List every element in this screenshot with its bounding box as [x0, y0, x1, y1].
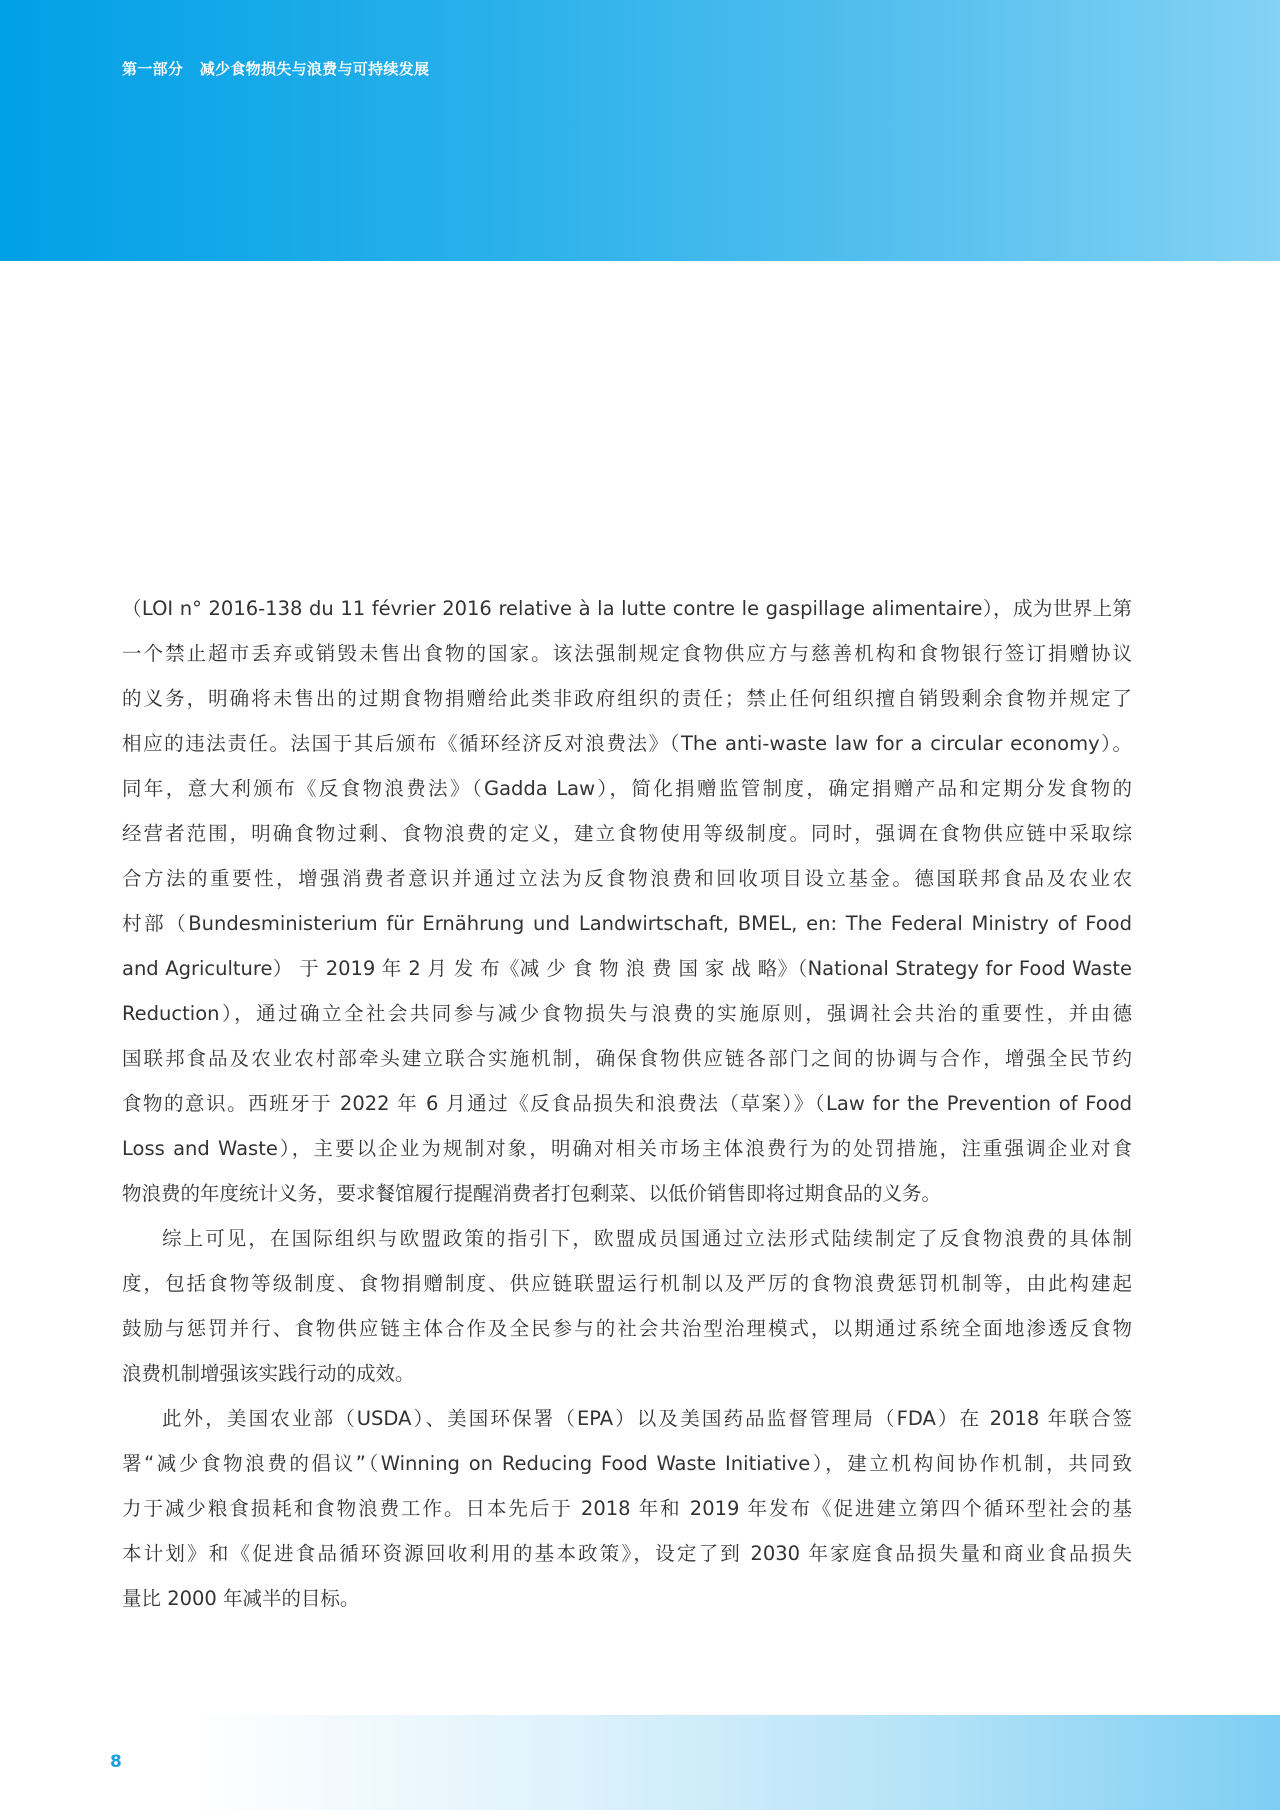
text-line: 浪费机制增强该实践行动的成效。	[122, 1351, 1132, 1396]
body-text: （LOI n° 2016-138 du 11 février 2016 rela…	[122, 586, 1132, 1621]
text-line: and Agriculture） 于 2019 年 2 月 发 布《减 少 食 …	[122, 946, 1132, 991]
paragraph-3: 此外，美国农业部（USDA）、美国环保署（EPA）以及美国药品监督管理局（FDA…	[122, 1396, 1132, 1621]
text-line: 国联邦食品及农业农村部牵头建立联合实施机制，确保食物供应链各部门之间的协调与合作…	[122, 1036, 1132, 1081]
section-title: 第一部分 减少食物损失与浪费与可持续发展	[122, 58, 429, 79]
text-line: 物浪费的年度统计义务，要求餐馆履行提醒消费者打包剩菜、以低价销售即将过期食品的义…	[122, 1171, 1132, 1216]
text-line: 综上可见，在国际组织与欧盟政策的指引下，欧盟成员国通过立法形式陆续制定了反食物浪…	[122, 1216, 1132, 1261]
text-line: 本计划》和《促进食品循环资源回收利用的基本政策》，设定了到 2030 年家庭食品…	[122, 1531, 1132, 1576]
text-line: 食物的意识。西班牙于 2022 年 6 月通过《反食品损失和浪费法（草案）》（L…	[122, 1081, 1132, 1126]
text-line: 相应的违法责任。法国于其后颁布《循环经济反对浪费法》（The anti-wast…	[122, 721, 1132, 766]
text-line: 合方法的重要性，增强消费者意识并通过立法为反食物浪费和回收项目设立基金。德国联邦…	[122, 856, 1132, 901]
text-line: Reduction），通过确立全社会共同参与减少食物损失与浪费的实施原则，强调社…	[122, 991, 1132, 1036]
text-line: 度，包括食物等级制度、食物捐赠制度、供应链联盟运行机制以及严厉的食物浪费惩罚机制…	[122, 1261, 1132, 1306]
text-line: 村部（Bundesministerium für Ernährung und L…	[122, 901, 1132, 946]
text-line: 的义务，明确将未售出的过期食物捐赠给此类非政府组织的责任；禁止任何组织擅自销毁剩…	[122, 676, 1132, 721]
text-line: （LOI n° 2016-138 du 11 février 2016 rela…	[122, 586, 1132, 631]
text-line: 同年，意大利颁布《反食物浪费法》（Gadda Law），简化捐赠监管制度，确定捐…	[122, 766, 1132, 811]
paragraph-1: （LOI n° 2016-138 du 11 février 2016 rela…	[122, 586, 1132, 1216]
footer-band	[190, 1715, 1280, 1810]
text-line: Loss and Waste），主要以企业为规制对象，明确对相关市场主体浪费行为…	[122, 1126, 1132, 1171]
text-line: 鼓励与惩罚并行、食物供应链主体合作及全民参与的社会共治型治理模式，以期通过系统全…	[122, 1306, 1132, 1351]
text-line: 此外，美国农业部（USDA）、美国环保署（EPA）以及美国药品监督管理局（FDA…	[122, 1396, 1132, 1441]
text-line: 量比 2000 年减半的目标。	[122, 1576, 1132, 1621]
page-number: 8	[110, 1752, 122, 1772]
header-band: 第一部分 减少食物损失与浪费与可持续发展	[0, 0, 1280, 261]
text-line: 一个禁止超市丢弃或销毁未售出食物的国家。该法强制规定食物供应方与慈善机构和食物银…	[122, 631, 1132, 676]
text-line: 力于减少粮食损耗和食物浪费工作。日本先后于 2018 年和 2019 年发布《促…	[122, 1486, 1132, 1531]
text-line: 经营者范围，明确食物过剩、食物浪费的定义，建立食物使用等级制度。同时，强调在食物…	[122, 811, 1132, 856]
paragraph-2: 综上可见，在国际组织与欧盟政策的指引下，欧盟成员国通过立法形式陆续制定了反食物浪…	[122, 1216, 1132, 1396]
text-line: 署“减少食物浪费的倡议”（Winning on Reducing Food Wa…	[122, 1441, 1132, 1486]
